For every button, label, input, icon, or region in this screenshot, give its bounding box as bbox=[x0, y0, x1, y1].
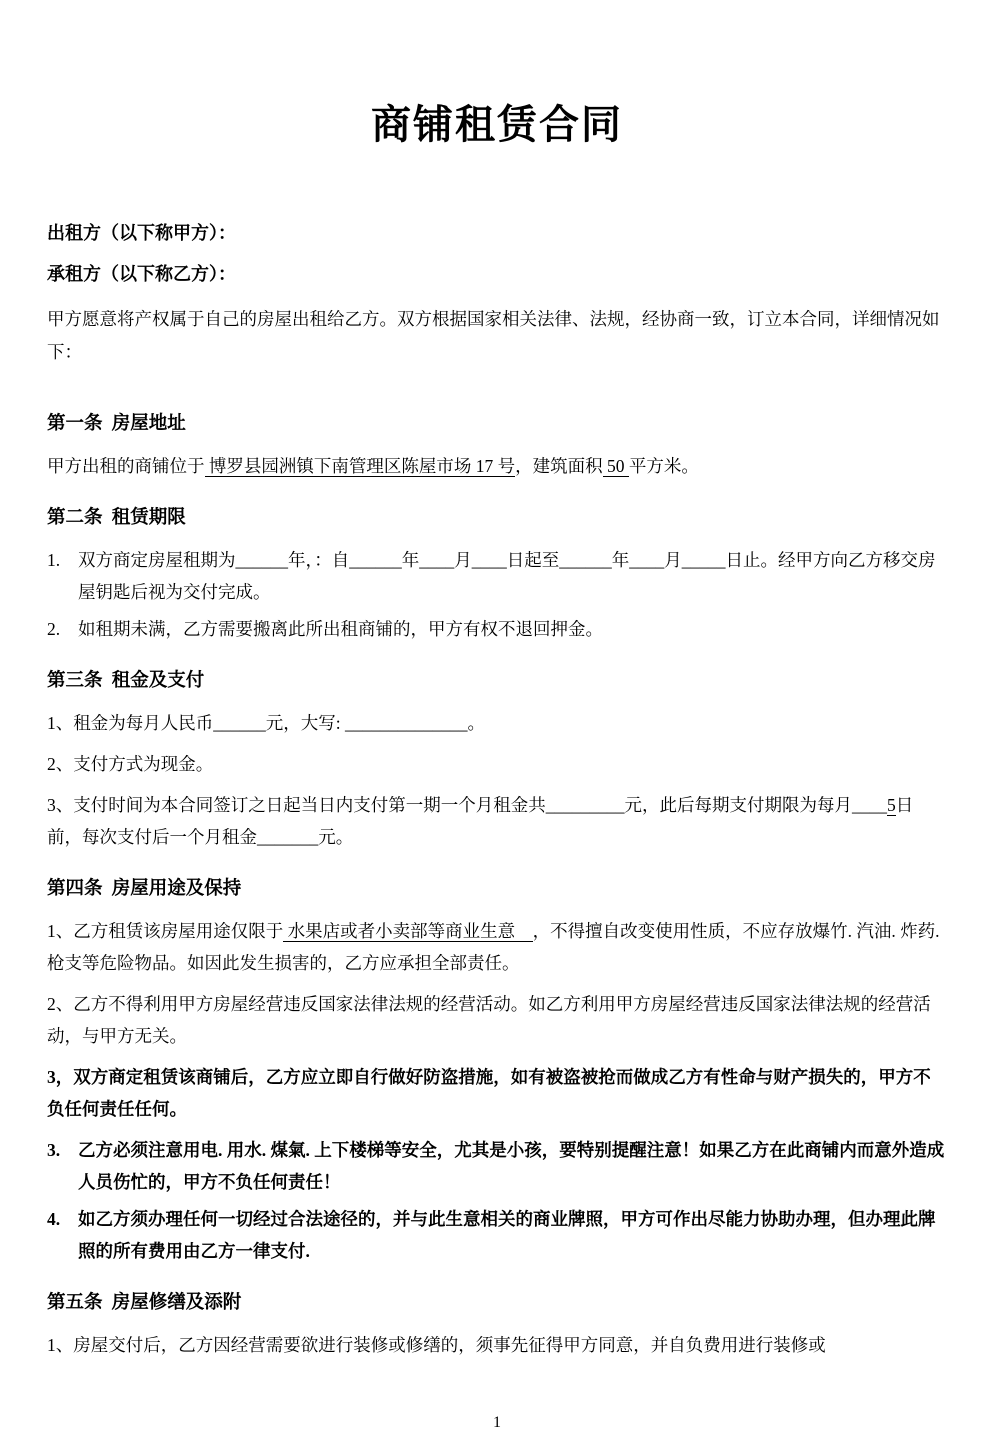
text-run: 1、房屋交付后，乙方因经营需要欲进行装修或修缮的，须事先征得甲方同意，并自负费用… bbox=[47, 1335, 826, 1355]
document-title: 商铺租赁合同 bbox=[47, 0, 947, 150]
contract-page: 商铺租赁合同 出租方（以下称甲方）： 承租方（以下称乙方）： 甲方愿意将产权属于… bbox=[0, 0, 993, 1453]
text-run: 3，双方商定租赁该商铺后，乙方应立即自行做好防盗措施，如有被盗被抢而做成乙方有性… bbox=[47, 1067, 931, 1119]
text-run: 如租期未满，乙方需要搬离此所出租商铺的，甲方有权不退回押金。 bbox=[78, 619, 603, 639]
filled-blank: 水果店或者小卖部等商业生意 bbox=[283, 921, 532, 942]
contract-list-item: 4.如乙方须办理任何一切经过合法途径的，并与此生意相关的商业牌照，甲方可作出尽能… bbox=[47, 1203, 947, 1267]
filled-blank: 博罗县园洲镇下南管理区陈屋市场 17 号 bbox=[205, 456, 516, 477]
contract-paragraph: 2、乙方不得利用甲方房屋经营违反国家法律法规的经营活动。如乙方利用甲方房屋经营违… bbox=[47, 988, 947, 1052]
section-heading: 第一条 房屋地址 bbox=[47, 409, 947, 439]
list-item-number: 3. bbox=[47, 1134, 78, 1198]
contract-list-item: 1.双方商定房屋租期为______年，：自______年____月____日起至… bbox=[47, 544, 947, 608]
text-run: 平方米。 bbox=[629, 456, 699, 476]
section-heading: 第二条 租赁期限 bbox=[47, 503, 947, 533]
list-item-text: 如租期未满，乙方需要搬离此所出租商铺的，甲方有权不退回押金。 bbox=[78, 613, 947, 645]
list-item-number: 2. bbox=[47, 613, 78, 645]
text-run: 1、乙方租赁该房屋用途仅限于 bbox=[47, 921, 283, 941]
contract-list-item: 3.乙方必须注意用电. 用水. 煤氣. 上下楼梯等安全，尤其是小孩，要特别提醒注… bbox=[47, 1134, 947, 1198]
text-run: 甲方出租的商铺位于 bbox=[47, 456, 205, 476]
contract-paragraph: 2、支付方式为现金。 bbox=[47, 748, 947, 780]
list-item-text: 双方商定房屋租期为______年，：自______年____月____日起至__… bbox=[78, 544, 947, 608]
text-run: ，建筑面积 bbox=[515, 456, 603, 476]
filled-blank: 5 bbox=[887, 795, 896, 816]
contract-intro-paragraph: 甲方愿意将产权属于自己的房屋出租给乙方。双方根据国家相关法律、法规，经协商一致，… bbox=[47, 303, 947, 369]
text-run: 乙方必须注意用电. 用水. 煤氣. 上下楼梯等安全，尤其是小孩，要特别提醒注意！… bbox=[78, 1140, 944, 1192]
contract-paragraph: 1、租金为每月人民币______元，大写: ______________。 bbox=[47, 707, 947, 739]
lessee-party-line: 承租方（以下称乙方）： bbox=[47, 261, 947, 287]
text-run: 1、租金为每月人民币______元，大写: ______________。 bbox=[47, 713, 485, 733]
contract-list-item: 2.如租期未满，乙方需要搬离此所出租商铺的，甲方有权不退回押金。 bbox=[47, 613, 947, 645]
text-run: 3、支付时间为本合同签订之日起当日内支付第一期一个月租金共_________元，… bbox=[47, 795, 887, 815]
page-number: 1 bbox=[47, 1413, 947, 1433]
contract-body: 第一条 房屋地址甲方出租的商铺位于 博罗县园洲镇下南管理区陈屋市场 17 号，建… bbox=[47, 409, 947, 1361]
text-run: 如乙方须办理任何一切经过合法途径的，并与此生意相关的商业牌照，甲方可作出尽能力协… bbox=[78, 1209, 936, 1261]
contract-paragraph: 3、支付时间为本合同签订之日起当日内支付第一期一个月租金共_________元，… bbox=[47, 789, 947, 853]
list-item-number: 4. bbox=[47, 1203, 78, 1267]
filled-blank: 50 bbox=[603, 456, 629, 477]
contract-paragraph: 甲方出租的商铺位于 博罗县园洲镇下南管理区陈屋市场 17 号，建筑面积 50 平… bbox=[47, 450, 947, 482]
lessor-party-line: 出租方（以下称甲方）： bbox=[47, 220, 947, 246]
section-heading: 第四条 房屋用途及保持 bbox=[47, 874, 947, 904]
contract-paragraph: 1、房屋交付后，乙方因经营需要欲进行装修或修缮的，须事先征得甲方同意，并自负费用… bbox=[47, 1329, 947, 1361]
list-item-text: 乙方必须注意用电. 用水. 煤氣. 上下楼梯等安全，尤其是小孩，要特别提醒注意！… bbox=[78, 1134, 947, 1198]
list-item-number: 1. bbox=[47, 544, 78, 608]
text-run: 2、乙方不得利用甲方房屋经营违反国家法律法规的经营活动。如乙方利用甲方房屋经营违… bbox=[47, 994, 931, 1046]
list-item-text: 如乙方须办理任何一切经过合法途径的，并与此生意相关的商业牌照，甲方可作出尽能力协… bbox=[78, 1203, 947, 1267]
text-run: 双方商定房屋租期为______年，：自______年____月____日起至__… bbox=[78, 550, 936, 602]
section-heading: 第五条 房屋修缮及添附 bbox=[47, 1288, 947, 1318]
contract-paragraph: 1、乙方租赁该房屋用途仅限于 水果店或者小卖部等商业生意 ，不得擅自改变使用性质… bbox=[47, 915, 947, 979]
contract-paragraph: 3，双方商定租赁该商铺后，乙方应立即自行做好防盗措施，如有被盗被抢而做成乙方有性… bbox=[47, 1061, 947, 1125]
section-heading: 第三条 租金及支付 bbox=[47, 666, 947, 696]
text-run: 2、支付方式为现金。 bbox=[47, 754, 213, 774]
